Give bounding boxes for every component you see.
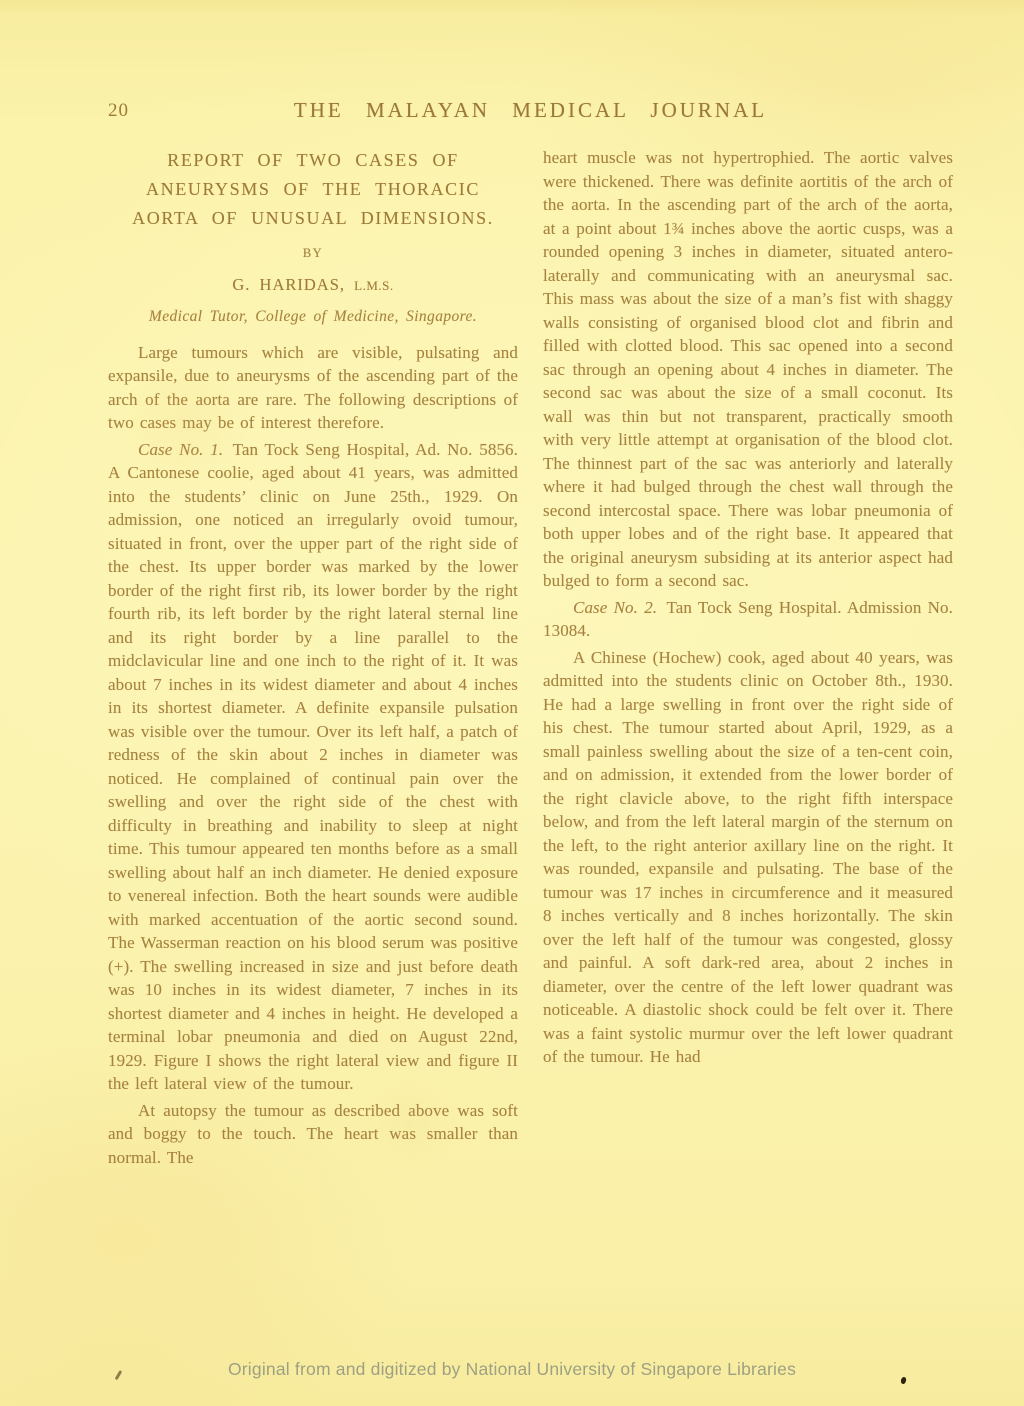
paragraph-case-1: Case No. 1.Tan Tock Seng Hospital, Ad. N… — [108, 438, 518, 1096]
paragraph-case-2: Case No. 2.Tan Tock Seng Hospital. Admis… — [543, 596, 953, 643]
left-column: REPORT OF TWO CASES OF ANEURYSMS OF THE … — [108, 146, 518, 1172]
case-1-lead: Case No. 1. — [138, 440, 223, 459]
article-title-line-2: ANEURYSMS OF THE THORACIC — [108, 175, 518, 204]
journal-title: THE MALAYAN MEDICAL JOURNAL — [108, 98, 953, 123]
scanned-journal-page: 20 THE MALAYAN MEDICAL JOURNAL REPORT OF… — [0, 0, 1024, 1406]
case-2-lead: Case No. 2. — [573, 598, 657, 617]
running-head: 20 THE MALAYAN MEDICAL JOURNAL — [108, 98, 953, 126]
right-column: heart muscle was not hypertrophied. The … — [543, 146, 953, 1172]
author-degree: L.M.S. — [354, 278, 393, 293]
digitization-footer: Original from and digitized by National … — [0, 1359, 1024, 1380]
case-1-text: Tan Tock Seng Hospital, Ad. No. 5856. A … — [108, 440, 518, 1094]
paragraph-case-1-continued: heart muscle was not hypertrophied. The … — [543, 146, 953, 593]
article-title-line-1: REPORT OF TWO CASES OF — [108, 146, 518, 175]
author-line: G. HARIDAS, L.M.S. — [108, 273, 518, 298]
paragraph-autopsy: At autopsy the tumour as described above… — [108, 1099, 518, 1170]
article-body: REPORT OF TWO CASES OF ANEURYSMS OF THE … — [108, 146, 953, 1172]
author-affiliation: Medical Tutor, College of Medicine, Sing… — [108, 305, 518, 329]
byline-label: BY — [108, 242, 518, 266]
author-name: G. HARIDAS, — [232, 275, 345, 294]
paragraph-case-2-history: A Chinese (Hochew) cook, aged about 40 y… — [543, 646, 953, 1069]
article-title-block: REPORT OF TWO CASES OF ANEURYSMS OF THE … — [108, 146, 518, 329]
paragraph-intro: Large tumours which are visible, pulsati… — [108, 341, 518, 435]
article-title-line-3: AORTA OF UNUSUAL DIMENSIONS. — [108, 204, 518, 233]
page-number: 20 — [108, 100, 129, 122]
